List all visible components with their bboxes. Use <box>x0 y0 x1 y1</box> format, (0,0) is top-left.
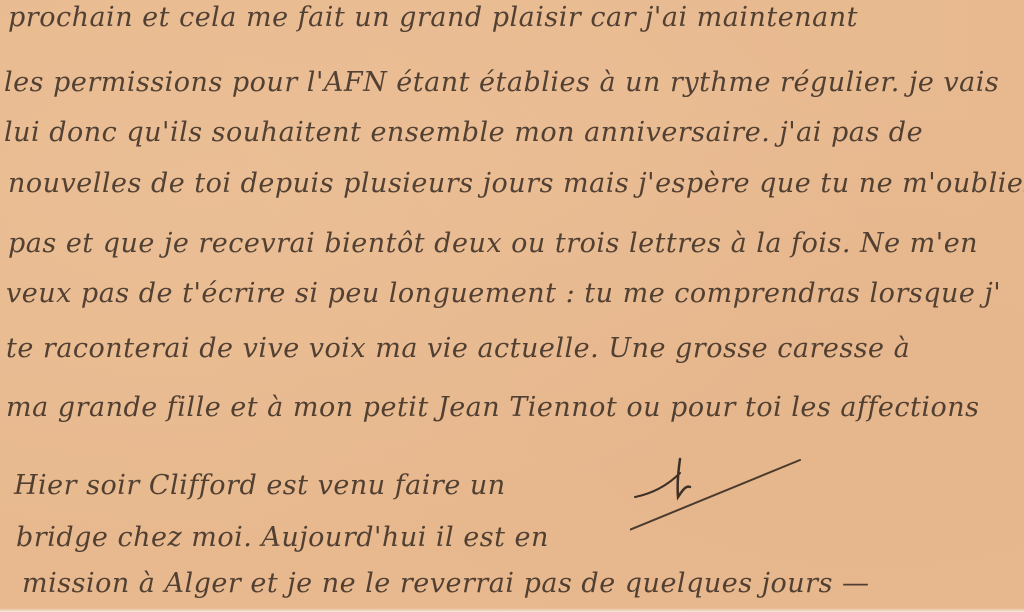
letter-line-3: lui donc qu'ils souhaitent ensemble mon … <box>4 117 923 148</box>
letter-page: prochain et cela me fait un grand plaisi… <box>0 0 1024 612</box>
letter-line-8: ma grande fille et à mon petit Jean Tien… <box>6 392 980 423</box>
letter-line-7: te raconterai de vive voix ma vie actuel… <box>6 333 910 364</box>
letter-line-5: pas et que je recevrai bientôt deux ou t… <box>8 228 978 259</box>
signature-mark <box>630 455 810 535</box>
letter-line-2: les permissions pour l'AFN étant établie… <box>4 67 999 98</box>
postscript-line-2: bridge chez moi. Aujourd'hui il est en <box>16 522 549 553</box>
postscript-line-3: mission à Alger et je ne le reverrai pas… <box>22 568 870 599</box>
letter-line-4: nouvelles de toi depuis plusieurs jours … <box>8 168 1024 199</box>
letter-line-6: veux pas de t'écrire si peu longuement :… <box>6 278 1001 309</box>
postscript-line-1: Hier soir Clifford est venu faire un <box>14 470 506 501</box>
letter-line-1: prochain et cela me fait un grand plaisi… <box>8 2 858 33</box>
